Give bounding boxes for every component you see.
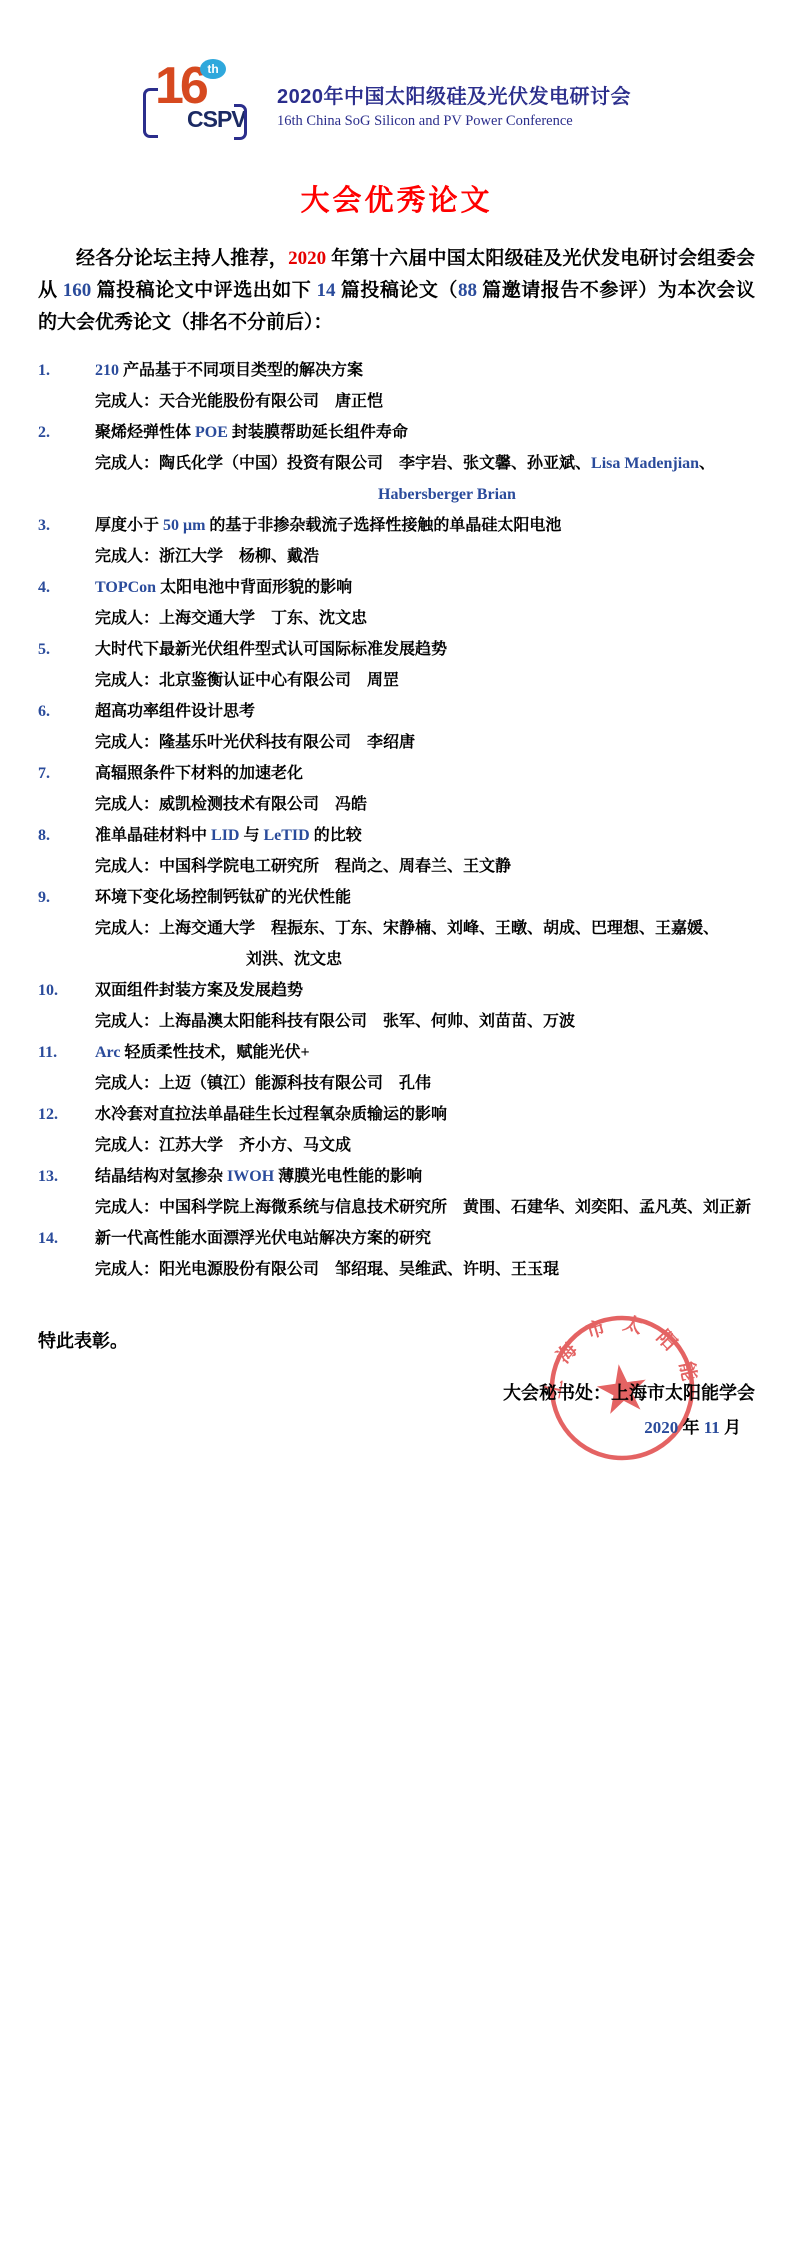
- paper-number: 3.: [38, 510, 95, 541]
- paper-item: 1.210 产品基于不同项目类型的解决方案完成人：天合光能股份有限公司 唐正恺: [38, 355, 755, 417]
- papers-list: 1.210 产品基于不同项目类型的解决方案完成人：天合光能股份有限公司 唐正恺2…: [38, 355, 755, 1285]
- text-segment: POE: [195, 424, 228, 441]
- text-segment: 88: [458, 280, 477, 301]
- date-line: 2020 年 11 月: [0, 1413, 793, 1438]
- text-segment: 160: [63, 280, 92, 301]
- paper-title-text: 水冷套对直拉法单晶硅生长过程氧杂质输运的影响: [95, 1106, 447, 1123]
- paper-title: 5.大时代下最新光伏组件型式认可国际标准发展趋势: [38, 634, 755, 665]
- text-segment: 厚度小于: [95, 517, 163, 534]
- text-segment: 完成人：中国科学院电工研究所 程尚之、周春兰、王文静: [95, 858, 511, 875]
- conference-titles: 2020年中国太阳级硅及光伏发电研讨会 16th China SoG Silic…: [277, 66, 631, 136]
- paper-number: 1.: [38, 355, 95, 386]
- text-segment: 高辐照条件下材料的加速老化: [95, 765, 303, 782]
- paper-title: 11.Arc 轻质柔性技术，赋能光伏+: [38, 1037, 755, 1068]
- paper-title: 1.210 产品基于不同项目类型的解决方案: [38, 355, 755, 386]
- paper-title-text: Arc 轻质柔性技术，赋能光伏+: [95, 1044, 310, 1061]
- paper-number: 5.: [38, 634, 95, 665]
- text-segment: LID: [211, 827, 239, 844]
- paper-number: 13.: [38, 1161, 95, 1192]
- paper-item: 5.大时代下最新光伏组件型式认可国际标准发展趋势完成人：北京鉴衡认证中心有限公司…: [38, 634, 755, 696]
- paper-authors: 完成人：威凯检测技术有限公司 冯皓: [38, 789, 755, 820]
- paper-authors: 完成人：上迈（镇江）能源科技有限公司 孔伟: [38, 1068, 755, 1099]
- paper-item: 12.水冷套对直拉法单晶硅生长过程氧杂质输运的影响完成人：江苏大学 齐小方、马文…: [38, 1099, 755, 1161]
- page-title: 大会优秀论文: [0, 178, 793, 219]
- text-segment: Arc: [95, 1044, 120, 1061]
- paper-item: 10.双面组件封装方案及发展趋势完成人：上海晶澳太阳能科技有限公司 张军、何帅、…: [38, 975, 755, 1037]
- paper-item: 6.超高功率组件设计思考完成人：隆基乐叶光伏科技有限公司 李绍唐: [38, 696, 755, 758]
- paper-item: 9.环境下变化场控制钙钛矿的光伏性能完成人：上海交通大学 程振东、丁东、宋静楠、…: [38, 882, 755, 975]
- conference-header: 16 th CSPV 2020年中国太阳级硅及光伏发电研讨会 16th Chin…: [0, 0, 793, 136]
- paper-title: 2.聚烯烃弹性体 POE 封装膜帮助延长组件寿命: [38, 417, 755, 448]
- text-segment: 11: [704, 1418, 720, 1437]
- paper-title: 12.水冷套对直拉法单晶硅生长过程氧杂质输运的影响: [38, 1099, 755, 1130]
- paper-authors: 完成人：中国科学院上海微系统与信息技术研究所 黄围、石建华、刘奕阳、孟凡英、刘正…: [38, 1192, 755, 1223]
- text-segment: 封装膜帮助延长组件寿命: [228, 424, 408, 441]
- paper-number: 10.: [38, 975, 95, 1006]
- text-segment: 新一代高性能水面漂浮光伏电站解决方案的研究: [95, 1230, 431, 1247]
- paper-title: 6.超高功率组件设计思考: [38, 696, 755, 727]
- text-segment: 2020: [644, 1418, 678, 1437]
- text-segment: 刘洪、沈文忠: [246, 951, 342, 968]
- text-segment: 轻质柔性技术，赋能光伏+: [120, 1044, 309, 1061]
- text-segment: LeTID: [263, 827, 309, 844]
- text-segment: 完成人：浙江大学 杨柳、戴浩: [95, 548, 319, 565]
- paper-authors: 完成人：上海交通大学 丁东、沈文忠: [38, 603, 755, 634]
- paper-authors: 完成人：中国科学院电工研究所 程尚之、周春兰、王文静: [38, 851, 755, 882]
- paper-authors: 完成人：阳光电源股份有限公司 邹绍琨、吴维武、许明、王玉琨: [38, 1254, 755, 1285]
- text-segment: 环境下变化场控制钙钛矿的光伏性能: [95, 889, 351, 906]
- text-segment: 完成人：隆基乐叶光伏科技有限公司 李绍唐: [95, 734, 415, 751]
- paper-title-text: 大时代下最新光伏组件型式认可国际标准发展趋势: [95, 641, 447, 658]
- text-segment: 薄膜光电性能的影响: [274, 1168, 422, 1185]
- text-segment: 超高功率组件设计思考: [95, 703, 255, 720]
- paper-authors: Habersberger Brian: [38, 479, 755, 510]
- text-segment: 完成人：上海交通大学 程振东、丁东、宋静楠、刘峰、王暾、胡成、巴理想、王嘉媛、: [95, 920, 719, 937]
- paper-number: 2.: [38, 417, 95, 448]
- text-segment: 篇投稿论文（: [336, 280, 458, 301]
- paper-title-text: 结晶结构对氢掺杂 IWOH 薄膜光电性能的影响: [95, 1168, 422, 1185]
- paper-item: 2.聚烯烃弹性体 POE 封装膜帮助延长组件寿命完成人：陶氏化学（中国）投资有限…: [38, 417, 755, 510]
- paper-item: 11.Arc 轻质柔性技术，赋能光伏+完成人：上迈（镇江）能源科技有限公司 孔伟: [38, 1037, 755, 1099]
- text-segment: 与: [239, 827, 263, 844]
- paper-title-text: 高辐照条件下材料的加速老化: [95, 765, 303, 782]
- paper-number: 12.: [38, 1099, 95, 1130]
- text-segment: 大时代下最新光伏组件型式认可国际标准发展趋势: [95, 641, 447, 658]
- text-segment: 完成人：中国科学院上海微系统与信息技术研究所 黄围、石建华、刘奕阳、孟凡英、刘正…: [95, 1199, 751, 1216]
- paper-title-text: 厚度小于 50 μm 的基于非掺杂载流子选择性接触的单晶硅太阳电池: [95, 517, 561, 534]
- text-segment: 结晶结构对氢掺杂: [95, 1168, 227, 1185]
- text-segment: 的比较: [310, 827, 362, 844]
- paper-title: 7.高辐照条件下材料的加速老化: [38, 758, 755, 789]
- document-page: 16 th CSPV 2020年中国太阳级硅及光伏发电研讨会 16th Chin…: [0, 0, 793, 2244]
- text-segment: 产品基于不同项目类型的解决方案: [123, 362, 363, 379]
- text-segment: 太阳电池中背面形貌的影响: [156, 579, 352, 596]
- paper-item: 14.新一代高性能水面漂浮光伏电站解决方案的研究完成人：阳光电源股份有限公司 邹…: [38, 1223, 755, 1285]
- paper-title-text: 双面组件封装方案及发展趋势: [95, 982, 303, 999]
- text-segment: 准单晶硅材料中: [95, 827, 211, 844]
- paper-item: 4.TOPCon 太阳电池中背面形貌的影响完成人：上海交通大学 丁东、沈文忠: [38, 572, 755, 634]
- paper-item: 13.结晶结构对氢掺杂 IWOH 薄膜光电性能的影响完成人：中国科学院上海微系统…: [38, 1161, 755, 1223]
- conference-title-en: 16th China SoG Silicon and PV Power Conf…: [277, 113, 631, 130]
- paper-authors: 完成人：隆基乐叶光伏科技有限公司 李绍唐: [38, 727, 755, 758]
- paper-authors: 完成人：北京鉴衡认证中心有限公司 周罡: [38, 665, 755, 696]
- paper-authors: 完成人：上海交通大学 程振东、丁东、宋静楠、刘峰、王暾、胡成、巴理想、王嘉媛、: [38, 913, 755, 944]
- signature-area: 上海市太阳能学会 大会秘书处：上海市太阳能学会 2020 年 11 月: [0, 1379, 793, 1438]
- text-segment: 完成人：北京鉴衡认证中心有限公司 周罡: [95, 672, 399, 689]
- paper-number: 4.: [38, 572, 95, 603]
- paper-title-text: 新一代高性能水面漂浮光伏电站解决方案的研究: [95, 1230, 431, 1247]
- text-segment: 14: [317, 280, 336, 301]
- paper-title: 13.结晶结构对氢掺杂 IWOH 薄膜光电性能的影响: [38, 1161, 755, 1192]
- text-segment: 完成人：陶氏化学（中国）投资有限公司 李宇岩、张文馨、孙亚斌、: [95, 455, 591, 472]
- text-segment: 的基于非掺杂载流子选择性接触的单晶硅太阳电池: [205, 517, 561, 534]
- paper-number: 9.: [38, 882, 95, 913]
- text-segment: Lisa Madenjian: [591, 455, 699, 472]
- paper-title: 9.环境下变化场控制钙钛矿的光伏性能: [38, 882, 755, 913]
- text-segment: 经各分论坛主持人推荐，: [76, 248, 288, 269]
- text-segment: Habersberger Brian: [378, 486, 516, 503]
- paper-authors: 完成人：陶氏化学（中国）投资有限公司 李宇岩、张文馨、孙亚斌、Lisa Made…: [38, 448, 755, 479]
- logo-th-bubble-icon: th: [200, 59, 226, 79]
- text-segment: 、: [699, 455, 715, 472]
- paper-title-text: 超高功率组件设计思考: [95, 703, 255, 720]
- paper-item: 3.厚度小于 50 μm 的基于非掺杂载流子选择性接触的单晶硅太阳电池完成人：浙…: [38, 510, 755, 572]
- text-segment: IWOH: [227, 1168, 274, 1185]
- text-segment: 篇投稿论文中评选出如下: [91, 280, 316, 301]
- secretariat-line: 大会秘书处：上海市太阳能学会: [0, 1379, 793, 1405]
- cspv-logo: 16 th CSPV: [143, 66, 245, 136]
- paper-title-text: 210 产品基于不同项目类型的解决方案: [95, 362, 363, 379]
- paper-item: 7.高辐照条件下材料的加速老化完成人：威凯检测技术有限公司 冯皓: [38, 758, 755, 820]
- paper-authors: 完成人：浙江大学 杨柳、戴浩: [38, 541, 755, 572]
- text-segment: 聚烯烃弹性体: [95, 424, 195, 441]
- paper-number: 14.: [38, 1223, 95, 1254]
- paper-authors: 刘洪、沈文忠: [38, 944, 755, 975]
- text-segment: 完成人：威凯检测技术有限公司 冯皓: [95, 796, 367, 813]
- paper-number: 11.: [38, 1037, 95, 1068]
- paper-number: 8.: [38, 820, 95, 851]
- paper-number: 6.: [38, 696, 95, 727]
- paper-title: 4.TOPCon 太阳电池中背面形貌的影响: [38, 572, 755, 603]
- paper-title: 8.准单晶硅材料中 LID 与 LeTID 的比较: [38, 820, 755, 851]
- text-segment: 月: [720, 1418, 741, 1437]
- text-segment: 完成人：江苏大学 齐小方、马文成: [95, 1137, 351, 1154]
- text-segment: 完成人：天合光能股份有限公司 唐正恺: [95, 393, 383, 410]
- paper-title-text: 准单晶硅材料中 LID 与 LeTID 的比较: [95, 827, 362, 844]
- paper-title: 14.新一代高性能水面漂浮光伏电站解决方案的研究: [38, 1223, 755, 1254]
- paper-number: 7.: [38, 758, 95, 789]
- text-segment: 完成人：上海晶澳太阳能科技有限公司 张军、何帅、刘苗苗、万波: [95, 1013, 575, 1030]
- paper-title-text: 环境下变化场控制钙钛矿的光伏性能: [95, 889, 351, 906]
- paper-title-text: 聚烯烃弹性体 POE 封装膜帮助延长组件寿命: [95, 424, 408, 441]
- text-segment: 年: [678, 1418, 704, 1437]
- paper-authors: 完成人：天合光能股份有限公司 唐正恺: [38, 386, 755, 417]
- paper-item: 8.准单晶硅材料中 LID 与 LeTID 的比较完成人：中国科学院电工研究所 …: [38, 820, 755, 882]
- conference-title-cn: 2020年中国太阳级硅及光伏发电研讨会: [277, 80, 631, 109]
- paper-title: 3.厚度小于 50 μm 的基于非掺杂载流子选择性接触的单晶硅太阳电池: [38, 510, 755, 541]
- text-segment: 完成人：上迈（镇江）能源科技有限公司 孔伟: [95, 1075, 431, 1092]
- text-segment: 水冷套对直拉法单晶硅生长过程氧杂质输运的影响: [95, 1106, 447, 1123]
- intro-paragraph: 经各分论坛主持人推荐，2020 年第十六届中国太阳级硅及光伏发电研讨会组委会从 …: [38, 243, 755, 339]
- paper-title: 10.双面组件封装方案及发展趋势: [38, 975, 755, 1006]
- paper-title-text: TOPCon 太阳电池中背面形貌的影响: [95, 579, 352, 596]
- text-segment: 双面组件封装方案及发展趋势: [95, 982, 303, 999]
- paper-authors: 完成人：上海晶澳太阳能科技有限公司 张军、何帅、刘苗苗、万波: [38, 1006, 755, 1037]
- paper-authors: 完成人：江苏大学 齐小方、马文成: [38, 1130, 755, 1161]
- text-segment: 完成人：阳光电源股份有限公司 邹绍琨、吴维武、许明、王玉琨: [95, 1261, 559, 1278]
- text-segment: TOPCon: [95, 579, 156, 596]
- logo-bracket-right-icon: [234, 104, 247, 140]
- text-segment: 2020: [288, 248, 326, 269]
- text-segment: 210: [95, 362, 123, 379]
- logo-number: 16: [155, 60, 205, 112]
- text-segment: 50 μm: [163, 517, 205, 534]
- text-segment: 完成人：上海交通大学 丁东、沈文忠: [95, 610, 367, 627]
